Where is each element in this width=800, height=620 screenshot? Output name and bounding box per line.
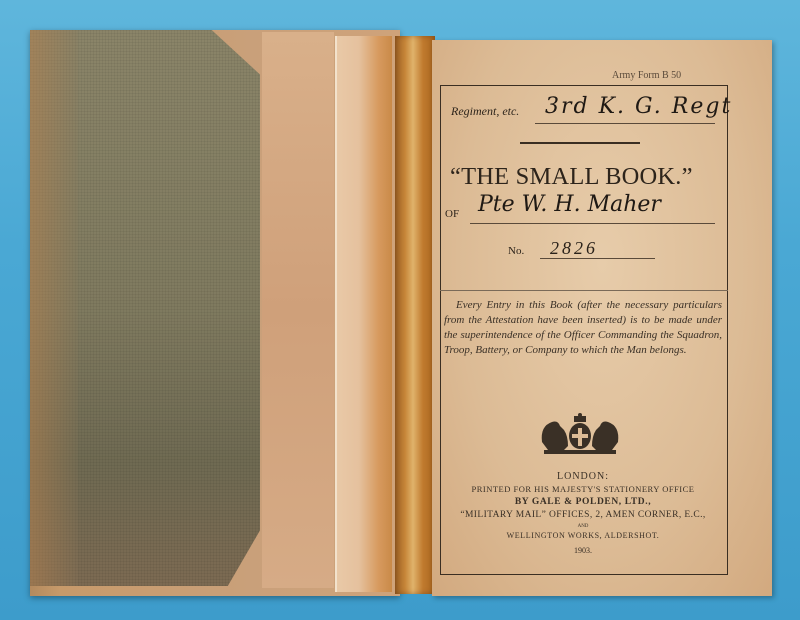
regiment-underline <box>535 123 715 124</box>
divider-rule <box>440 290 728 291</box>
imprint-and: AND <box>438 524 728 529</box>
cloth-cover-edge <box>30 30 78 586</box>
imprint-year: 1903. <box>438 546 728 555</box>
army-form-number: Army Form B 50 <box>612 70 681 81</box>
imprint-address: “MILITARY MAIL” OFFICES, 2, AMEN CORNER,… <box>438 510 728 520</box>
royal-coat-of-arms-icon <box>534 412 626 456</box>
instructions-notice: Every Entry in this Book (after the nece… <box>444 298 722 358</box>
imprint-printer: BY GALE & POLDEN, LTD., <box>438 497 728 507</box>
imprint-printed-for: PRINTED FOR HIS MAJESTY'S STATIONERY OFF… <box>438 484 728 494</box>
book-hinge <box>335 36 392 592</box>
regiment-handwritten-value: 3rd K. G. Regt <box>545 94 732 119</box>
book-title: “THE SMALL BOOK.” <box>450 163 693 191</box>
owner-label: OF <box>445 208 459 220</box>
number-underline <box>540 258 655 259</box>
service-number-value: 2826 <box>550 238 598 259</box>
owner-handwritten-name: Pte W. H. Maher <box>478 192 661 217</box>
imprint-works: WELLINGTON WORKS, ALDERSHOT. <box>438 531 728 540</box>
pastedown-paper <box>262 32 334 588</box>
imprint-city: LONDON: <box>438 471 728 482</box>
owner-underline <box>470 223 715 224</box>
divider-rule <box>520 142 640 144</box>
number-label: No. <box>508 245 524 257</box>
regiment-label: Regiment, etc. <box>451 104 519 119</box>
spine-tape <box>395 36 435 594</box>
